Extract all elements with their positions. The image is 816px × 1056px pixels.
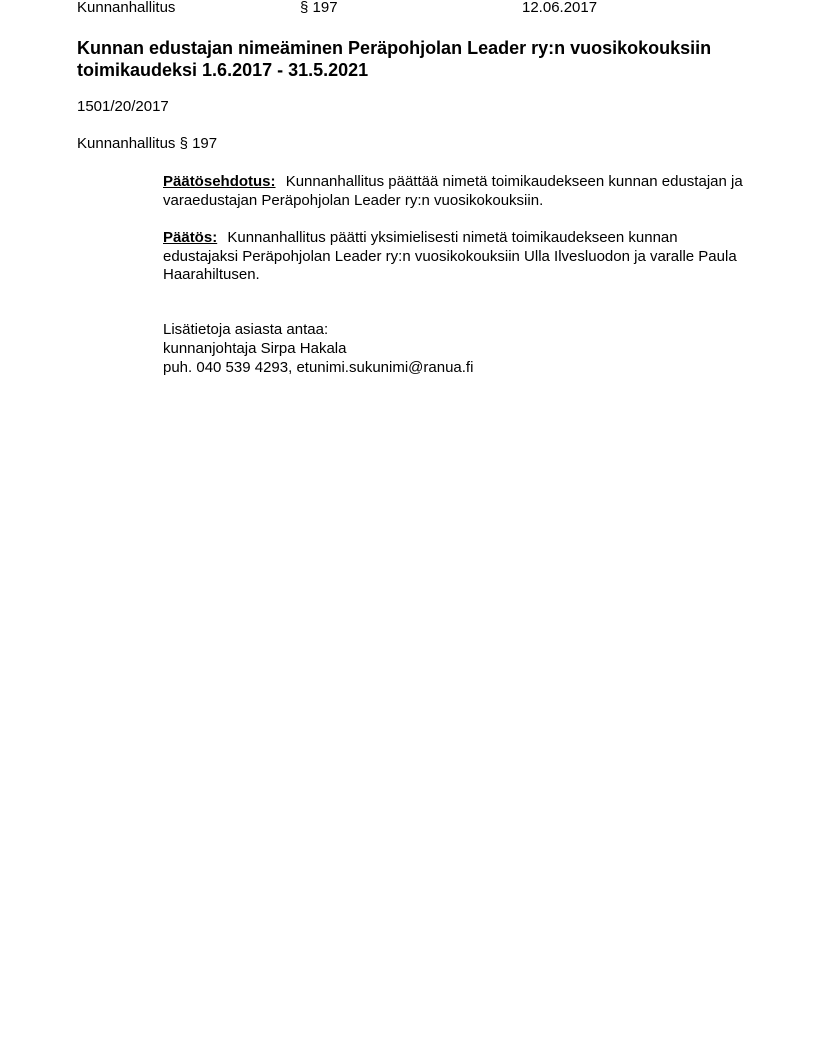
contact-intro: Lisätietoja asiasta antaa: bbox=[163, 320, 473, 339]
contact-info: Lisätietoja asiasta antaa: kunnanjohtaja… bbox=[163, 320, 473, 377]
diary-number: 1501/20/2017 bbox=[77, 98, 169, 116]
header-organ: Kunnanhallitus bbox=[77, 0, 175, 17]
decision-proposal: Päätösehdotus: Kunnanhallitus päättää ni… bbox=[163, 173, 753, 210]
contact-details: puh. 040 539 4293, etunimi.sukunimi@ranu… bbox=[163, 358, 473, 377]
header-date: 12.06.2017 bbox=[522, 0, 597, 17]
decision: Päätös: Kunnanhallitus päätti yksimielis… bbox=[163, 229, 753, 285]
header-section: § 197 bbox=[300, 0, 338, 17]
proposal-label: Päätösehdotus: bbox=[163, 173, 276, 190]
contact-person: kunnanjohtaja Sirpa Hakala bbox=[163, 339, 473, 358]
document-title: Kunnan edustajan nimeäminen Peräpohjolan… bbox=[77, 37, 777, 81]
document-page: Kunnanhallitus § 197 12.06.2017 Kunnan e… bbox=[0, 0, 816, 1056]
section-reference: Kunnanhallitus § 197 bbox=[77, 135, 217, 153]
decision-label: Päätös: bbox=[163, 229, 217, 246]
decision-text: Kunnanhallitus päätti yksimielisesti nim… bbox=[163, 229, 737, 283]
